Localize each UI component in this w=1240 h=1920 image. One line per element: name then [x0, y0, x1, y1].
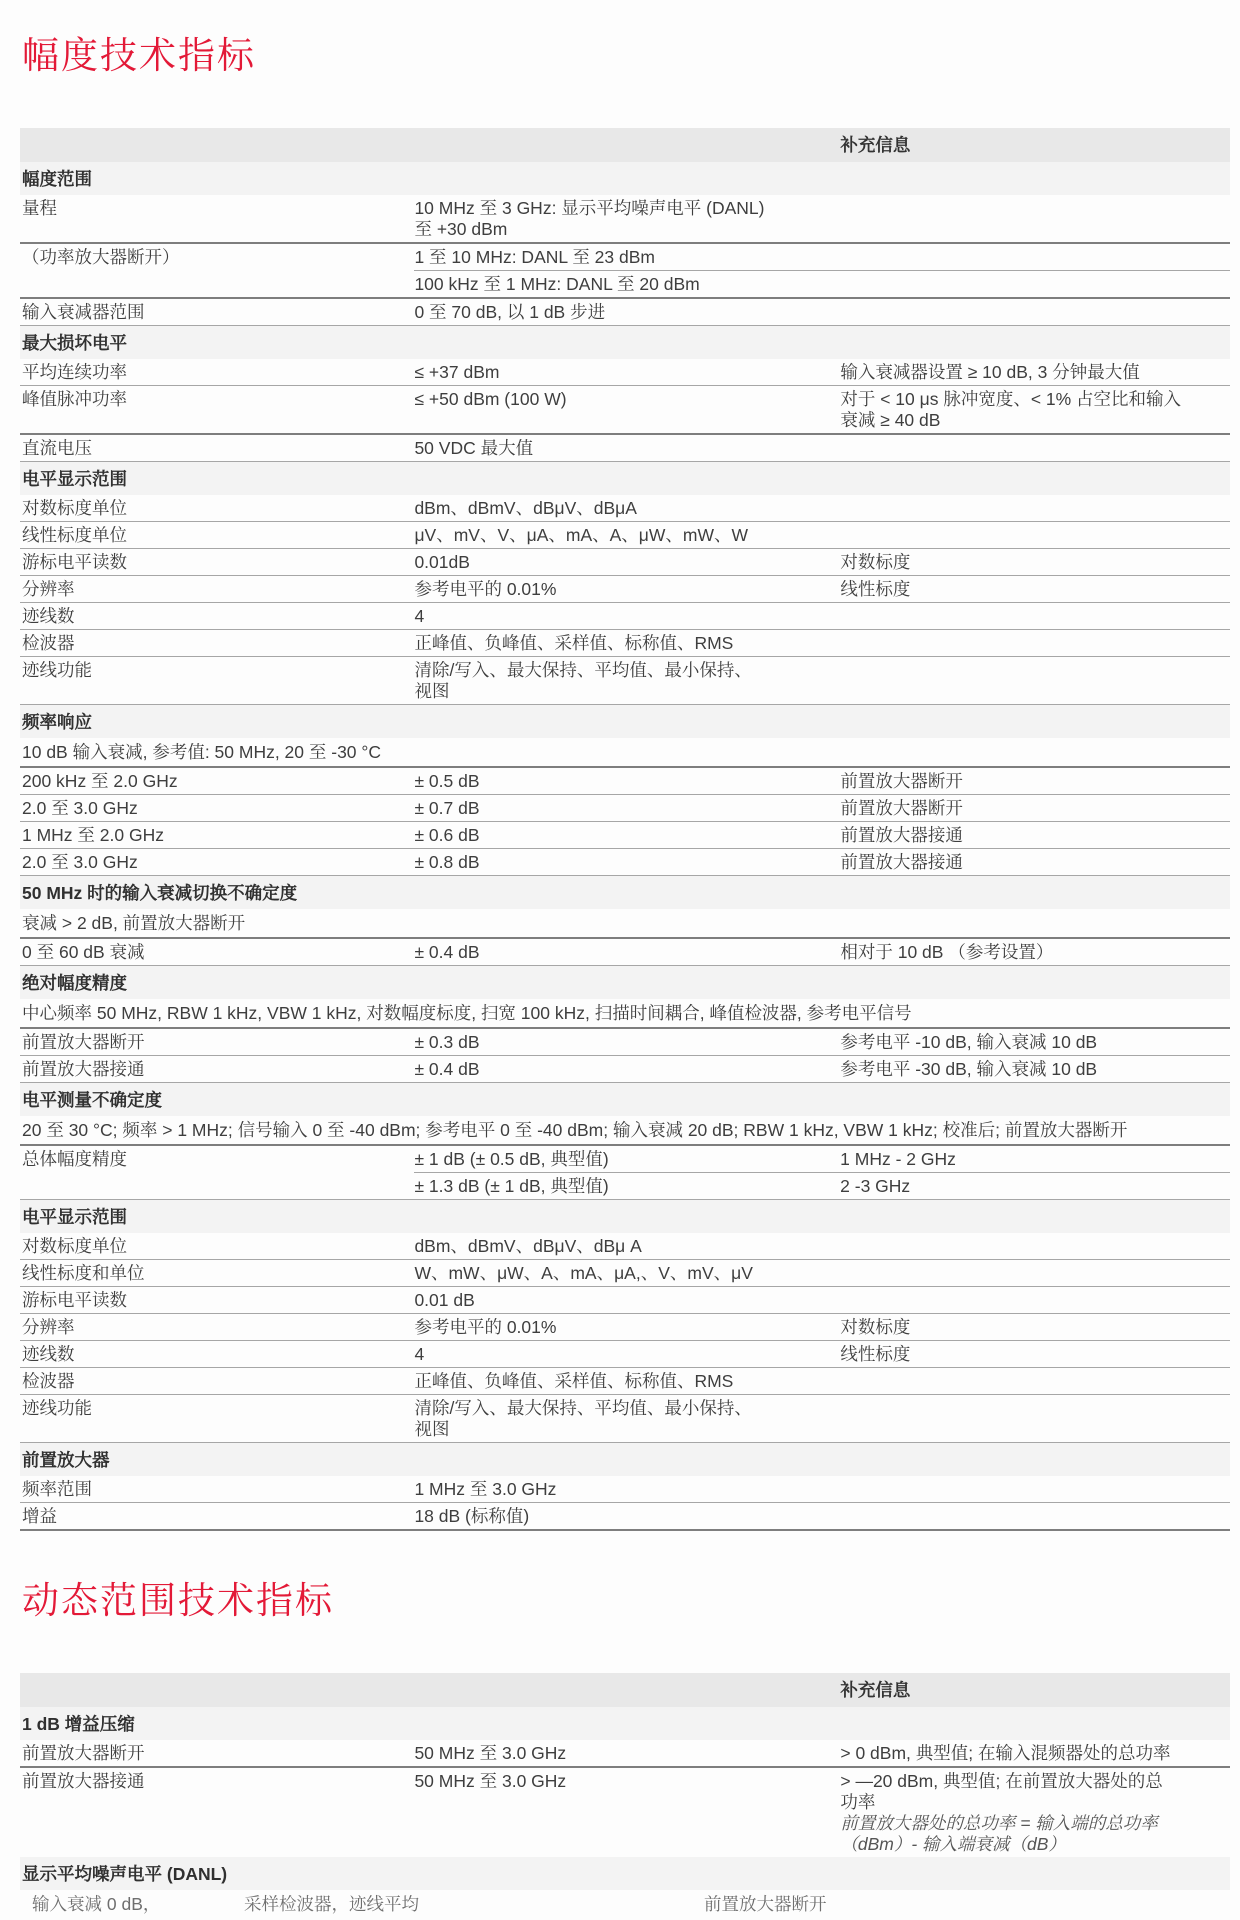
spec-parameter-label: 迹线数	[20, 1341, 414, 1367]
cell-line: 衰减 ≥ 40 dB	[840, 410, 1230, 431]
spec-value: dBm、dBmV、dBμV、dBμ A	[414, 1233, 840, 1259]
cell-line: 0.01dB	[414, 552, 832, 573]
supplementary-info	[840, 603, 1230, 608]
spec-group-row: 总体幅度精度± 1 dB (± 0.5 dB, 典型值)1 MHz - 2 GH…	[20, 1146, 1230, 1200]
spec-value: 参考电平的 0.01%	[414, 576, 840, 602]
supplementary-info-header: 补充信息	[840, 1673, 1230, 1707]
spec-parameter-label: 前置放大器断开	[20, 1029, 414, 1055]
section-header-label: 1 dB 增益压缩	[20, 1707, 1230, 1740]
spec-value: 100 kHz 至 1 MHz: DANL 至 20 dBm	[414, 271, 840, 297]
spec-parameter-label: 前置放大器接通	[20, 1056, 414, 1082]
spec-row: 200 kHz 至 2.0 GHz± 0.5 dB前置放大器断开	[20, 768, 1230, 795]
cell-line: 正峰值、负峰值、采样值、标称值、RMS	[414, 1371, 832, 1392]
section-header-row: 频率响应	[20, 705, 1230, 738]
spec-value: μV、mV、V、μA、mA、A、μW、mW、W	[414, 522, 840, 548]
spec-group-row: （功率放大器断开）1 至 10 MHz: DANL 至 23 dBm100 kH…	[20, 244, 1230, 299]
spec-parameter-label: 平均连续功率	[20, 359, 414, 385]
spec-parameter-label: （功率放大器断开）	[20, 244, 414, 270]
condition-row: 中心频率 50 MHz, RBW 1 kHz, VBW 1 kHz, 对数幅度标…	[20, 999, 1230, 1029]
supplementary-info: 2 -3 GHz	[840, 1173, 1230, 1199]
supplementary-info: 1 MHz - 2 GHz	[840, 1146, 1230, 1172]
spec-row: 迹线数4	[20, 603, 1230, 630]
cell-line: 前置放大器断开	[840, 771, 1230, 792]
section-header-row: 前置放大器	[20, 1443, 1230, 1476]
spec-value: 50 MHz 至 3.0 GHz	[414, 1740, 840, 1766]
spec-parameter-label: 前置放大器接通	[20, 1768, 414, 1794]
cell-line-italic: （dBm）- 输入端衰减（dB）	[840, 1834, 1230, 1855]
cell-line: 线性标度	[840, 579, 1230, 600]
spec-value: 0.01 dB	[414, 1287, 840, 1313]
supplementary-info	[840, 657, 1230, 662]
spec-parameter-label: 量程	[20, 195, 414, 221]
spec-row: 0 至 60 dB 衰减± 0.4 dB相对于 10 dB （参考设置）	[20, 939, 1230, 966]
section-header-label: 幅度范围	[20, 162, 1230, 195]
spec-parameter-label: 线性标度和单位	[20, 1260, 414, 1286]
spec-value: ± 0.4 dB	[414, 939, 840, 965]
spec-parameter-label: 检波器	[20, 630, 414, 656]
cell-line: ± 0.4 dB	[414, 1059, 832, 1080]
condition-row: 衰减 > 2 dB, 前置放大器断开	[20, 909, 1230, 939]
table-header-row: 补充信息	[20, 128, 1230, 162]
spec-row: 输入衰减器范围0 至 70 dB, 以 1 dB 步进	[20, 299, 1230, 326]
cell-line: ≤ +50 dBm (100 W)	[414, 389, 832, 410]
cell-line: 视图	[414, 681, 832, 702]
section-header-label: 电平显示范围	[20, 462, 1230, 495]
spec-value: 50 VDC 最大值	[414, 435, 840, 461]
supplementary-info: 对于 < 10 μs 脉冲宽度、< 1% 占空比和输入衰减 ≥ 40 dB	[840, 386, 1230, 433]
section-header-label: 50 MHz 时的输入衰减切换不确定度	[20, 876, 1230, 909]
cell-line: 对数标度	[840, 552, 1230, 573]
supplementary-info: > —20 dBm, 典型值; 在前置放大器处的总功率前置放大器处的总功率 = …	[840, 1768, 1230, 1857]
spec-parameter-label: 增益	[20, 1503, 414, 1529]
cell-line: ± 0.6 dB	[414, 825, 832, 846]
header-spacer-col2	[414, 128, 840, 141]
cell-line: dBm、dBmV、dBμV、dBμ A	[414, 1236, 832, 1257]
section-header-row: 电平测量不确定度	[20, 1083, 1230, 1116]
spec-parameter-label: 1 MHz 至 2.0 GHz	[20, 822, 414, 848]
section-header-row: 电平显示范围	[20, 1200, 1230, 1233]
cell-line: 对数标度	[840, 1317, 1230, 1338]
supplementary-info-header: 补充信息	[840, 128, 1230, 162]
amplitude-spec-table: 补充信息幅度范围量程10 MHz 至 3 GHz: 显示平均噪声电平 (DANL…	[20, 128, 1230, 1531]
section-header-label: 电平测量不确定度	[20, 1083, 1230, 1116]
spec-row: 前置放大器断开± 0.3 dB参考电平 -10 dB, 输入衰减 10 dB	[20, 1029, 1230, 1056]
spec-row: 分辨率参考电平的 0.01%线性标度	[20, 576, 1230, 603]
spec-parameter-label: 线性标度单位	[20, 522, 414, 548]
supplementary-info: 前置放大器接通	[840, 849, 1230, 875]
cell-line: 输入衰减器设置 ≥ 10 dB, 3 分钟最大值	[840, 362, 1230, 383]
supplementary-info	[840, 630, 1230, 635]
supplementary-info: > 0 dBm, 典型值; 在输入混频器处的总功率	[840, 1740, 1230, 1766]
cell-line: 50 VDC 最大值	[414, 438, 832, 459]
spec-value: 正峰值、负峰值、采样值、标称值、RMS	[414, 1368, 840, 1394]
cell-line: 4	[414, 1344, 832, 1365]
spec-row: 游标电平读数0.01 dB	[20, 1287, 1230, 1314]
partial-text-fragment: 采样检波器，迹线平均	[244, 1894, 419, 1915]
section-header-label: 频率响应	[20, 705, 1230, 738]
condition-row: 10 dB 输入衰减, 参考值: 50 MHz, 20 至 -30 °C	[20, 738, 1230, 768]
spec-parameter-label: 游标电平读数	[20, 1287, 414, 1313]
supplementary-info	[840, 1287, 1230, 1292]
section-header-label: 绝对幅度精度	[20, 966, 1230, 999]
spec-value: ± 0.6 dB	[414, 822, 840, 848]
spec-parameter-label: 200 kHz 至 2.0 GHz	[20, 768, 414, 794]
spec-row: 平均连续功率≤ +37 dBm输入衰减器设置 ≥ 10 dB, 3 分钟最大值	[20, 359, 1230, 386]
cell-line: 线性标度	[840, 1344, 1230, 1365]
spec-value: 50 MHz 至 3.0 GHz	[414, 1768, 840, 1794]
spec-row: 线性标度和单位W、mW、μW、A、mA、μA,、V、mV、μV	[20, 1260, 1230, 1287]
spec-value: 18 dB (标称值)	[414, 1503, 840, 1529]
spec-value: ≤ +37 dBm	[414, 359, 840, 385]
cell-line: 前置放大器接通	[840, 825, 1230, 846]
cell-line: 0.01 dB	[414, 1290, 832, 1311]
clipped-partial-row: 输入衰减 0 dB，采样检波器，迹线平均前置放大器断开	[20, 1890, 1230, 1916]
supplementary-info	[840, 1503, 1230, 1508]
spec-parameter-label: 直流电压	[20, 435, 414, 461]
supplementary-info	[840, 244, 1230, 270]
cell-line: ± 0.8 dB	[414, 852, 832, 873]
spec-value: 4	[414, 1341, 840, 1367]
spec-group-entry: 100 kHz 至 1 MHz: DANL 至 20 dBm	[414, 271, 1230, 297]
condition-text: 中心频率 50 MHz, RBW 1 kHz, VBW 1 kHz, 对数幅度标…	[20, 999, 1230, 1027]
cell-line: 0 至 70 dB, 以 1 dB 步进	[414, 302, 832, 323]
section-header-label: 显示平均噪声电平 (DANL)	[20, 1857, 1230, 1890]
spec-parameter-label: 检波器	[20, 1368, 414, 1394]
spec-value: ± 0.7 dB	[414, 795, 840, 821]
spec-parameter-label: 分辨率	[20, 576, 414, 602]
spec-row: 增益18 dB (标称值)	[20, 1503, 1230, 1531]
header-spacer-col1	[20, 128, 414, 141]
partial-text-fragment: 输入衰减 0 dB，	[32, 1894, 160, 1915]
section-header-row: 电平显示范围	[20, 462, 1230, 495]
spec-row: 峰值脉冲功率≤ +50 dBm (100 W)对于 < 10 μs 脉冲宽度、<…	[20, 386, 1230, 435]
spec-row: 分辨率参考电平的 0.01%对数标度	[20, 1314, 1230, 1341]
spec-value: 0 至 70 dB, 以 1 dB 步进	[414, 299, 840, 325]
supplementary-info: 对数标度	[840, 1314, 1230, 1340]
spec-row: 对数标度单位dBm、dBmV、dBμV、dBμ A	[20, 1233, 1230, 1260]
cell-line: dBm、dBmV、dBμV、dBμA	[414, 498, 832, 519]
cell-line: μV、mV、V、μA、mA、A、μW、mW、W	[414, 525, 832, 546]
spec-parameter-label: 2.0 至 3.0 GHz	[20, 795, 414, 821]
cell-line: ± 0.5 dB	[414, 771, 832, 792]
section-header-label: 前置放大器	[20, 1443, 1230, 1476]
cell-line: W、mW、μW、A、mA、μA,、V、mV、μV	[414, 1263, 832, 1284]
spec-value: 1 MHz 至 3.0 GHz	[414, 1476, 840, 1502]
supplementary-info	[840, 1476, 1230, 1481]
section-header-label: 最大损坏电平	[20, 326, 1230, 359]
cell-line: 正峰值、负峰值、采样值、标称值、RMS	[414, 633, 832, 654]
spec-parameter-label: 对数标度单位	[20, 1233, 414, 1259]
supplementary-info	[840, 1233, 1230, 1238]
cell-line: ± 0.4 dB	[414, 942, 832, 963]
supplementary-info	[840, 495, 1230, 500]
cell-line: > 0 dBm, 典型值; 在输入混频器处的总功率	[840, 1743, 1230, 1764]
supplementary-info: 参考电平 -30 dB, 输入衰减 10 dB	[840, 1056, 1230, 1082]
spec-row: 检波器正峰值、负峰值、采样值、标称值、RMS	[20, 1368, 1230, 1395]
spec-row: 2.0 至 3.0 GHz± 0.7 dB前置放大器断开	[20, 795, 1230, 822]
spec-row: 检波器正峰值、负峰值、采样值、标称值、RMS	[20, 630, 1230, 657]
cell-line: 参考电平的 0.01%	[414, 579, 832, 600]
spec-value: 10 MHz 至 3 GHz: 显示平均噪声电平 (DANL)至 +30 dBm	[414, 195, 840, 242]
spec-value: ± 1 dB (± 0.5 dB, 典型值)	[414, 1146, 840, 1172]
cell-line: 至 +30 dBm	[414, 219, 832, 240]
cell-line: > —20 dBm, 典型值; 在前置放大器处的总	[840, 1771, 1230, 1792]
cell-line: 相对于 10 dB （参考设置）	[840, 942, 1230, 963]
cell-line: 清除/写入、最大保持、平均值、最小保持、	[414, 1398, 832, 1419]
spec-value: ± 0.8 dB	[414, 849, 840, 875]
spec-row: 2.0 至 3.0 GHz± 0.8 dB前置放大器接通	[20, 849, 1230, 876]
cell-line: 对于 < 10 μs 脉冲宽度、< 1% 占空比和输入	[840, 389, 1230, 410]
supplementary-info	[840, 435, 1230, 440]
spec-parameter-label: 迹线数	[20, 603, 414, 629]
spec-row: 1 MHz 至 2.0 GHz± 0.6 dB前置放大器接通	[20, 822, 1230, 849]
spec-group-values: 1 至 10 MHz: DANL 至 23 dBm100 kHz 至 1 MHz…	[414, 244, 1230, 297]
spec-row: 前置放大器接通50 MHz 至 3.0 GHz> —20 dBm, 典型值; 在…	[20, 1768, 1230, 1857]
spec-parameter-label: 0 至 60 dB 衰减	[20, 939, 414, 965]
spec-row: 前置放大器断开50 MHz 至 3.0 GHz> 0 dBm, 典型值; 在输入…	[20, 1740, 1230, 1768]
spec-row: 对数标度单位dBm、dBmV、dBμV、dBμA	[20, 495, 1230, 522]
cell-line: 视图	[414, 1419, 832, 1440]
spec-value: ± 0.4 dB	[414, 1056, 840, 1082]
spec-value: 0.01dB	[414, 549, 840, 575]
supplementary-info: 对数标度	[840, 549, 1230, 575]
supplementary-info: 前置放大器断开	[840, 795, 1230, 821]
cell-line: 功率	[840, 1792, 1230, 1813]
partial-text-fragment: 前置放大器断开	[704, 1894, 827, 1915]
section-header-row: 绝对幅度精度	[20, 966, 1230, 999]
spec-value: ± 0.5 dB	[414, 768, 840, 794]
datasheet-page: 幅度技术指标 补充信息幅度范围量程10 MHz 至 3 GHz: 显示平均噪声电…	[0, 0, 1240, 1916]
section-header-row: 显示平均噪声电平 (DANL)	[20, 1857, 1230, 1890]
supplementary-info: 相对于 10 dB （参考设置）	[840, 939, 1230, 965]
page-title-amplitude-specs: 幅度技术指标	[22, 34, 1240, 78]
cell-line: 清除/写入、最大保持、平均值、最小保持、	[414, 660, 832, 681]
supplementary-info	[840, 1260, 1230, 1265]
condition-text: 20 至 30 °C; 频率 > 1 MHz; 信号输入 0 至 -40 dBm…	[20, 1116, 1230, 1144]
page-title-dynamic-range-specs: 动态范围技术指标	[22, 1579, 1240, 1623]
spec-group-entry: ± 1 dB (± 0.5 dB, 典型值)1 MHz - 2 GHz	[414, 1146, 1230, 1173]
spec-row: 迹线数4线性标度	[20, 1341, 1230, 1368]
cell-line: 10 MHz 至 3 GHz: 显示平均噪声电平 (DANL)	[414, 198, 832, 219]
spec-group-values: ± 1 dB (± 0.5 dB, 典型值)1 MHz - 2 GHz± 1.3…	[414, 1146, 1230, 1199]
supplementary-info: 输入衰减器设置 ≥ 10 dB, 3 分钟最大值	[840, 359, 1230, 385]
supplementary-info	[840, 271, 1230, 297]
supplementary-info: 前置放大器接通	[840, 822, 1230, 848]
supplementary-info: 参考电平 -10 dB, 输入衰减 10 dB	[840, 1029, 1230, 1055]
cell-line: 参考电平的 0.01%	[414, 1317, 832, 1338]
spec-group-entry: ± 1.3 dB (± 1 dB, 典型值)2 -3 GHz	[414, 1173, 1230, 1199]
section-header-row: 1 dB 增益压缩	[20, 1707, 1230, 1740]
spec-parameter-label: 输入衰减器范围	[20, 299, 414, 325]
spec-value: 清除/写入、最大保持、平均值、最小保持、视图	[414, 1395, 840, 1442]
header-spacer-col1	[20, 1673, 414, 1686]
header-spacer-col2	[414, 1673, 840, 1686]
supplementary-info: 线性标度	[840, 576, 1230, 602]
cell-line: 前置放大器接通	[840, 852, 1230, 873]
spec-value: 1 至 10 MHz: DANL 至 23 dBm	[414, 244, 840, 270]
cell-line: 前置放大器断开	[840, 798, 1230, 819]
condition-row: 20 至 30 °C; 频率 > 1 MHz; 信号输入 0 至 -40 dBm…	[20, 1116, 1230, 1146]
cell-line: 4	[414, 606, 832, 627]
supplementary-info	[840, 1368, 1230, 1373]
spec-parameter-label: 分辨率	[20, 1314, 414, 1340]
spec-parameter-label: 对数标度单位	[20, 495, 414, 521]
condition-text: 10 dB 输入衰减, 参考值: 50 MHz, 20 至 -30 °C	[20, 738, 1230, 766]
spec-row: 直流电压50 VDC 最大值	[20, 435, 1230, 462]
section-header-row: 幅度范围	[20, 162, 1230, 195]
spec-value: dBm、dBmV、dBμV、dBμA	[414, 495, 840, 521]
section-header-label: 电平显示范围	[20, 1200, 1230, 1233]
section-header-row: 50 MHz 时的输入衰减切换不确定度	[20, 876, 1230, 909]
spec-parameter-label: 迹线功能	[20, 657, 414, 683]
spec-row: 频率范围1 MHz 至 3.0 GHz	[20, 1476, 1230, 1503]
condition-text: 衰减 > 2 dB, 前置放大器断开	[20, 909, 1230, 937]
spec-parameter-label: 频率范围	[20, 1476, 414, 1502]
dynamic-range-spec-table: 补充信息1 dB 增益压缩前置放大器断开50 MHz 至 3.0 GHz> 0 …	[20, 1673, 1230, 1916]
spec-parameter-label: 峰值脉冲功率	[20, 386, 414, 412]
spec-value: 4	[414, 603, 840, 629]
table-header-row: 补充信息	[20, 1673, 1230, 1707]
cell-line: ± 0.7 dB	[414, 798, 832, 819]
supplementary-info	[840, 1395, 1230, 1400]
cell-line: 参考电平 -30 dB, 输入衰减 10 dB	[840, 1059, 1230, 1080]
spec-parameter-label: 迹线功能	[20, 1395, 414, 1421]
supplementary-info	[840, 522, 1230, 527]
cell-line: 50 MHz 至 3.0 GHz	[414, 1743, 832, 1764]
spec-row: 量程10 MHz 至 3 GHz: 显示平均噪声电平 (DANL)至 +30 d…	[20, 195, 1230, 244]
spec-parameter-label: 总体幅度精度	[20, 1146, 414, 1172]
cell-line: 18 dB (标称值)	[414, 1506, 832, 1527]
spec-value: ± 1.3 dB (± 1 dB, 典型值)	[414, 1173, 840, 1199]
spec-value: W、mW、μW、A、mA、μA,、V、mV、μV	[414, 1260, 840, 1286]
spec-value: ≤ +50 dBm (100 W)	[414, 386, 840, 412]
section-header-row: 最大损坏电平	[20, 326, 1230, 359]
supplementary-info	[840, 299, 1230, 304]
supplementary-info	[840, 195, 1230, 200]
cell-line-italic: 前置放大器处的总功率 = 输入端的总功率	[840, 1813, 1230, 1834]
spec-row: 游标电平读数0.01dB对数标度	[20, 549, 1230, 576]
spec-parameter-label: 2.0 至 3.0 GHz	[20, 849, 414, 875]
spec-parameter-label: 前置放大器断开	[20, 1740, 414, 1766]
spec-value: 参考电平的 0.01%	[414, 1314, 840, 1340]
spec-row: 迹线功能清除/写入、最大保持、平均值、最小保持、视图	[20, 1395, 1230, 1443]
cell-line: 1 MHz 至 3.0 GHz	[414, 1479, 832, 1500]
spec-parameter-label: 游标电平读数	[20, 549, 414, 575]
cell-line: 参考电平 -10 dB, 输入衰减 10 dB	[840, 1032, 1230, 1053]
spec-value: ± 0.3 dB	[414, 1029, 840, 1055]
spec-group-entry: 1 至 10 MHz: DANL 至 23 dBm	[414, 244, 1230, 271]
spec-value: 正峰值、负峰值、采样值、标称值、RMS	[414, 630, 840, 656]
spec-value: 清除/写入、最大保持、平均值、最小保持、视图	[414, 657, 840, 704]
cell-line: ± 0.3 dB	[414, 1032, 832, 1053]
supplementary-info: 前置放大器断开	[840, 768, 1230, 794]
supplementary-info: 线性标度	[840, 1341, 1230, 1367]
spec-row: 前置放大器接通± 0.4 dB参考电平 -30 dB, 输入衰减 10 dB	[20, 1056, 1230, 1083]
spec-row: 线性标度单位μV、mV、V、μA、mA、A、μW、mW、W	[20, 522, 1230, 549]
spec-row: 迹线功能清除/写入、最大保持、平均值、最小保持、视图	[20, 657, 1230, 705]
cell-line: 50 MHz 至 3.0 GHz	[414, 1771, 832, 1792]
cell-line: ≤ +37 dBm	[414, 362, 832, 383]
